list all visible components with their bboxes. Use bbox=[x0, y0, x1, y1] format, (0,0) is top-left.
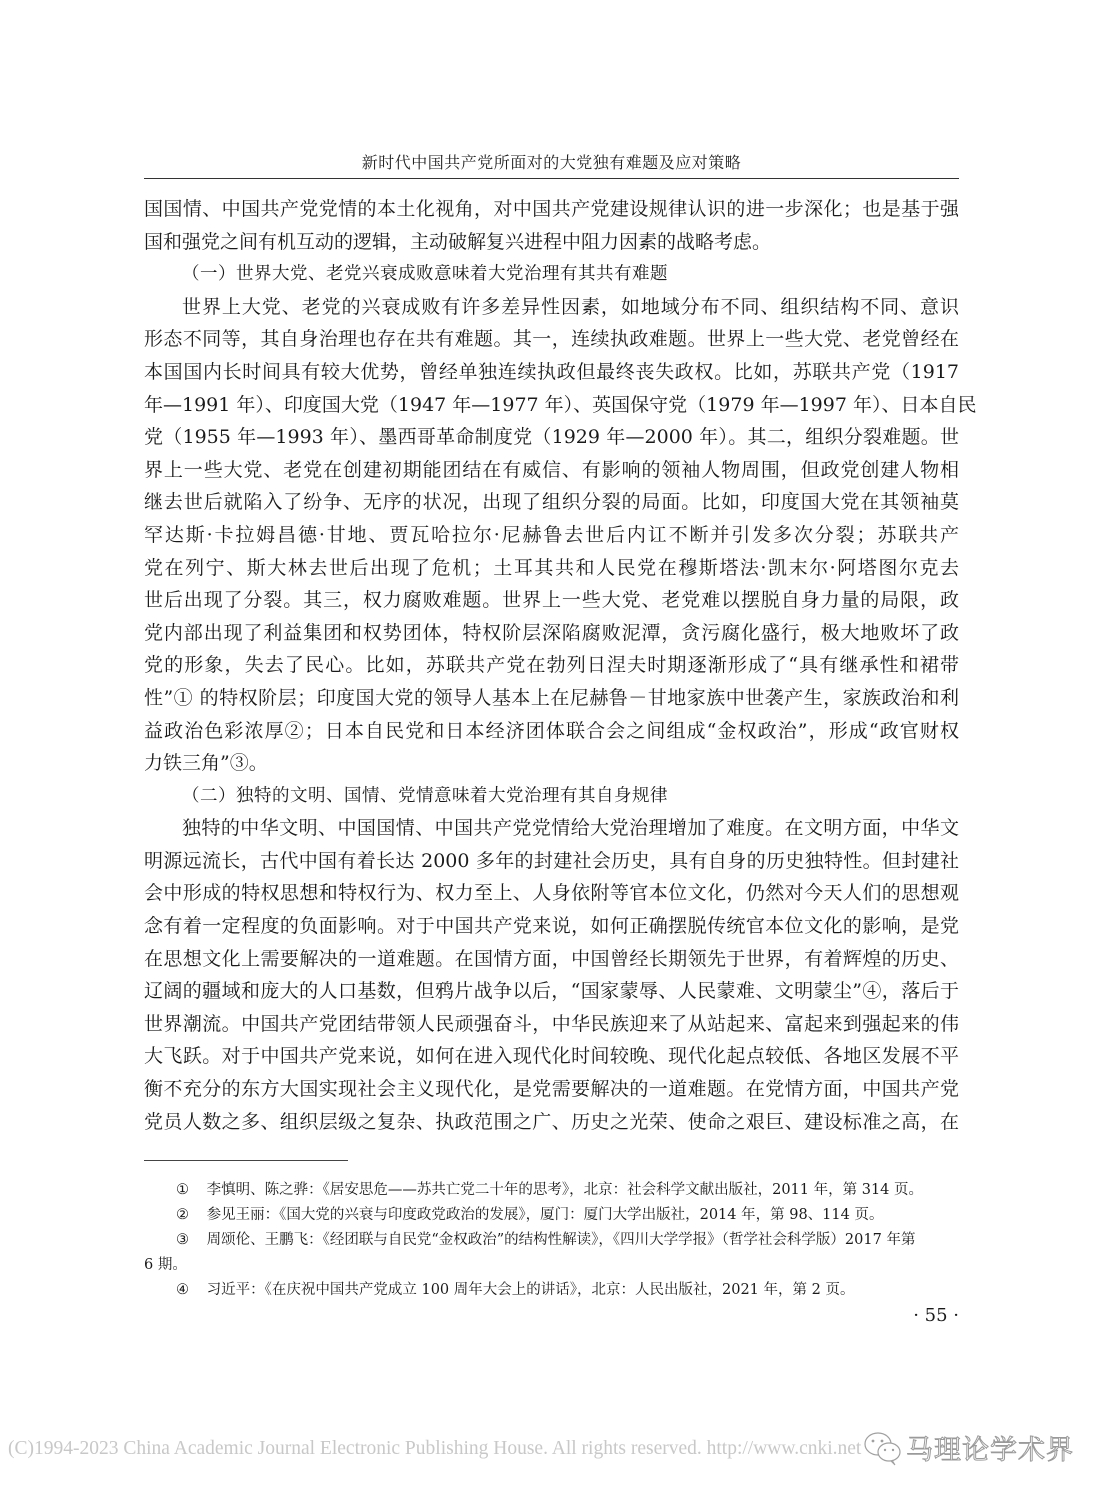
section-heading: （一）世界大党、老党兴衰成败意味着大党治理有其共有难题 bbox=[144, 258, 959, 291]
footnote-marker: ④ bbox=[176, 1278, 202, 1303]
body-line: 本国国内长时间具有较大优势，曾经单独连续执政但最终丧失政权。比如，苏联共产党（1… bbox=[144, 356, 959, 389]
footnote-marker: ① bbox=[176, 1178, 202, 1203]
body-line: 性”① 的特权阶层；印度国大党的领导人基本上在尼赫鲁－甘地家族中世袭产生，家族政… bbox=[144, 682, 959, 715]
footnote-3: ③ 周颂伦、王鹏飞：《经团联与自民党“金权政治”的结构性解读》，《四川大学学报》… bbox=[144, 1228, 959, 1253]
body-line: 党的形象，失去了民心。比如，苏联共产党在勃列日涅夫时期逐渐形成了“具有继承性和裙… bbox=[144, 649, 959, 682]
body-line: 党内部出现了利益集团和权势团体，特权阶层深陷腐败泥潭，贪污腐化盛行，极大地败坏了… bbox=[144, 617, 959, 650]
footnote-text: 李慎明、陈之骅：《居安思危——苏共亡党二十年的思考》，北京：社会科学文献出版社，… bbox=[207, 1182, 923, 1198]
body-line: 会中形成的特权思想和特权行为、权力至上、人身依附等官本位文化，仍然对今天人们的思… bbox=[144, 877, 959, 910]
body-line: 国国情、中国共产党党情的本土化视角，对中国共产党建设规律认识的进一步深化；也是基… bbox=[144, 193, 959, 226]
body-line: 国和强党之间有机互动的逻辑，主动破解复兴进程中阻力因素的战略考虑。 bbox=[144, 226, 959, 259]
body-line: 形态不同等，其自身治理也存在共有难题。其一，连续执政难题。世界上一些大党、老党曾… bbox=[144, 323, 959, 356]
watermark: 马理论学术界 bbox=[862, 1428, 1074, 1467]
footnote-marker: ② bbox=[176, 1203, 202, 1228]
footnote-marker: ③ bbox=[176, 1228, 202, 1253]
watermark-text: 马理论学术界 bbox=[906, 1428, 1074, 1467]
copyright-notice: (C)1994-2023 China Academic Journal Elec… bbox=[8, 1438, 861, 1460]
footnote-text: 习近平：《在庆祝中国共产党成立 100 周年大会上的讲话》，北京：人民出版社，2… bbox=[207, 1282, 855, 1298]
wechat-icon bbox=[862, 1430, 904, 1466]
body-line: 党在列宁、斯大林去世后出现了危机；土耳其共和人民党在穆斯塔法·凯末尔·阿塔图尔克… bbox=[144, 552, 959, 585]
footnote-4: ④ 习近平：《在庆祝中国共产党成立 100 周年大会上的讲话》，北京：人民出版社… bbox=[144, 1278, 959, 1303]
running-header: 新时代中国共产党所面对的大党独有难题及应对策略 bbox=[144, 150, 959, 173]
footnote-2: ② 参见王丽：《国大党的兴衰与印度政党政治的发展》，厦门：厦门大学出版社，201… bbox=[144, 1203, 959, 1228]
footnotes: ① 李慎明、陈之骅：《居安思危——苏共亡党二十年的思考》，北京：社会科学文献出版… bbox=[144, 1178, 959, 1303]
body-line: 衡不充分的东方大国实现社会主义现代化，是党需要解决的一道难题。在党情方面，中国共… bbox=[144, 1073, 959, 1106]
body-line: 力铁三角”③。 bbox=[144, 747, 959, 780]
body-line: 独特的中华文明、中国国情、中国共产党党情给大党治理增加了难度。在文明方面，中华文 bbox=[144, 812, 959, 845]
footnote-3-continuation: 6 期。 bbox=[144, 1253, 959, 1278]
body-line: 明源远流长，古代中国有着长达 2000 多年的封建社会历史，具有自身的历史独特性… bbox=[144, 845, 959, 878]
header-rule bbox=[144, 178, 959, 179]
footnote-divider bbox=[144, 1160, 348, 1161]
body-line: 界上一些大党、老党在创建初期能团结在有威信、有影响的领袖人物周围，但政党创建人物… bbox=[144, 454, 959, 487]
page-number: · 55 · bbox=[913, 1305, 959, 1326]
body-line: 大飞跃。对于中国共产党来说，如何在进入现代化时间较晚、现代化起点较低、各地区发展… bbox=[144, 1040, 959, 1073]
body-line: 党（1955 年—1993 年）、墨西哥革命制度党（1929 年—2000 年）… bbox=[144, 421, 959, 454]
footnote-text: 周颂伦、王鹏飞：《经团联与自民党“金权政治”的结构性解读》，《四川大学学报》（哲… bbox=[207, 1232, 916, 1248]
body-line: 世界上大党、老党的兴衰成败有许多差异性因素，如地域分布不同、组织结构不同、意识 bbox=[144, 291, 959, 324]
body-line: 念有着一定程度的负面影响。对于中国共产党来说，如何正确摆脱传统官本位文化的影响，… bbox=[144, 910, 959, 943]
body-line: 世后出现了分裂。其三，权力腐败难题。世界上一些大党、老党难以摆脱自身力量的局限，… bbox=[144, 584, 959, 617]
section-heading: （二）独特的文明、国情、党情意味着大党治理有其自身规律 bbox=[144, 780, 959, 813]
body-line: 辽阔的疆域和庞大的人口基数，但鸦片战争以后，“国家蒙辱、人民蒙难、文明蒙尘”④，… bbox=[144, 975, 959, 1008]
body-line: 在思想文化上需要解决的一道难题。在国情方面，中国曾经长期领先于世界，有着辉煌的历… bbox=[144, 943, 959, 976]
body-line: 继去世后就陷入了纷争、无序的状况，出现了组织分裂的局面。比如，印度国大党在其领袖… bbox=[144, 486, 959, 519]
body-line: 罕达斯·卡拉姆昌德·甘地、贾瓦哈拉尔·尼赫鲁去世后内讧不断并引发多次分裂；苏联共… bbox=[144, 519, 959, 552]
footnote-text: 参见王丽：《国大党的兴衰与印度政党政治的发展》，厦门：厦门大学出版社，2014 … bbox=[207, 1207, 884, 1223]
body-line: 年—1991 年）、印度国大党（1947 年—1977 年）、英国保守党（197… bbox=[144, 389, 959, 422]
body-line: 益政治色彩浓厚②；日本自民党和日本经济团体联合会之间组成“金权政治”，形成“政官… bbox=[144, 715, 959, 748]
footnote-1: ① 李慎明、陈之骅：《居安思危——苏共亡党二十年的思考》，北京：社会科学文献出版… bbox=[144, 1178, 959, 1203]
body-line: 世界潮流。中国共产党团结带领人民顽强奋斗，中华民族迎来了从站起来、富起来到强起来… bbox=[144, 1008, 959, 1041]
body-text: 国国情、中国共产党党情的本土化视角，对中国共产党建设规律认识的进一步深化；也是基… bbox=[144, 193, 959, 1138]
body-line: 党员人数之多、组织层级之复杂、执政范围之广、历史之光荣、使命之艰巨、建设标准之高… bbox=[144, 1106, 959, 1139]
